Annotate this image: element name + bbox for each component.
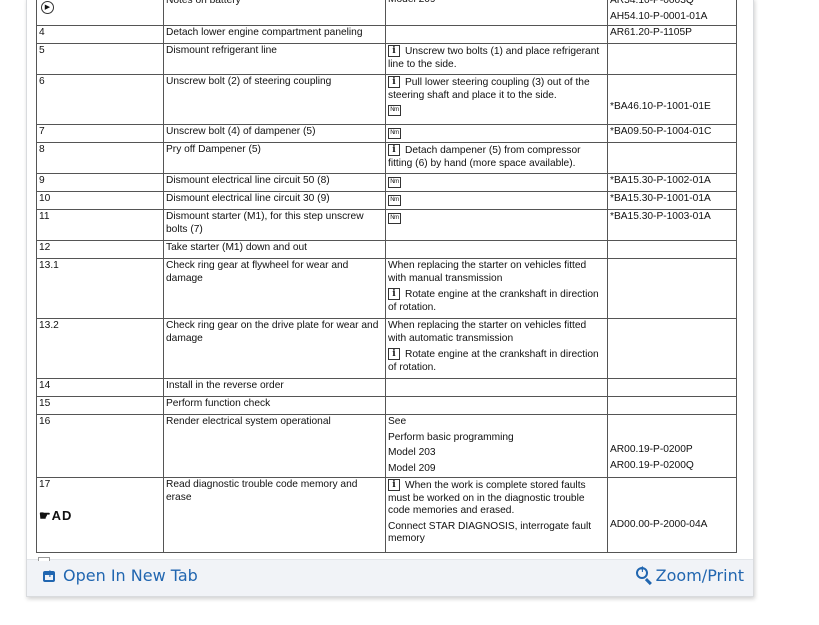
reference-cell [608, 397, 737, 415]
info-line[interactable]: See [388, 416, 605, 429]
table-row: 8Pry off Dampener (5)iDetach dampener (5… [37, 143, 737, 174]
table-row: 6Unscrew bolt (2) of steering couplingiP… [37, 75, 737, 125]
info-cell [386, 397, 608, 415]
reference-cell [608, 241, 737, 259]
info-icon[interactable]: i [388, 479, 400, 491]
zoom-in-icon [636, 567, 648, 579]
step-number-cell: 10 [37, 192, 164, 210]
zoom-print-button[interactable]: Zoom/Print [636, 566, 744, 585]
reference-cell: AD00.00-P-2000-04A [608, 478, 737, 553]
step-number-cell: 7 [37, 125, 164, 143]
info-cell: Model 209 [386, 0, 608, 26]
reference-cell: AR61.20-P-1105P [608, 26, 737, 44]
info-cell [386, 26, 608, 44]
step-number-cell: ▶ [37, 0, 164, 26]
reference-cell: *BA15.30-P-1001-01A [608, 192, 737, 210]
info-note-text: Rotate engine at the crankshaft in direc… [388, 349, 599, 373]
torque-nm-icon[interactable]: Nm [388, 105, 401, 116]
info-cell: When replacing the starter on vehicles f… [386, 319, 608, 379]
action-text: Render electrical system operational [166, 416, 331, 427]
action-text: Dismount electrical line circuit 50 (8) [166, 175, 330, 186]
reference-cell: *BA46.10-P-1001-01E [608, 75, 737, 125]
reference-link[interactable]: *BA09.50-P-1004-01C [610, 126, 734, 139]
info-note: iPull lower steering coupling (3) out of… [388, 76, 605, 102]
step-number: 10 [39, 193, 50, 204]
action-text: Unscrew bolt (4) of dampener (5) [166, 126, 315, 137]
info-cell: Nm [386, 174, 608, 192]
step-number: 7 [39, 126, 45, 137]
torque-nm-icon[interactable]: Nm [388, 213, 401, 224]
step-number-cell: 4 [37, 26, 164, 44]
reference-cell [608, 143, 737, 174]
action-text: Install in the reverse order [166, 380, 284, 391]
reference-cell: *BA15.30-P-1002-01A [608, 174, 737, 192]
step-number: 14 [39, 380, 50, 391]
document-page: ▶Notes on batteryModel 209AR54.10-P-0003… [36, 0, 736, 553]
ad-pointer-icon[interactable]: ☛AD [39, 510, 161, 523]
reference-link[interactable]: *BA46.10-P-1001-01E [610, 101, 734, 114]
step-number-cell: 13.2 [37, 319, 164, 379]
reference-link[interactable]: *BA15.30-P-1003-01A [610, 211, 734, 224]
table-row: 12Take starter (M1) down and out [37, 241, 737, 259]
procedure-table: ▶Notes on batteryModel 209AR54.10-P-0003… [36, 0, 737, 553]
action-cell: Render electrical system operational [164, 415, 386, 478]
viewer-footer: Open In New Tab Zoom/Print [27, 559, 753, 597]
info-cell: iUnscrew two bolts (1) and place refrige… [386, 44, 608, 75]
action-text: Unscrew bolt (2) of steering coupling [166, 76, 331, 87]
torque-nm-icon[interactable]: Nm [388, 177, 401, 188]
step-number-cell: 13.1 [37, 259, 164, 319]
step-number-cell: 15 [37, 397, 164, 415]
info-icon[interactable]: i [388, 288, 400, 300]
info-icon[interactable]: i [388, 76, 400, 88]
info-icon[interactable]: i [388, 45, 400, 57]
step-number-cell: 12 [37, 241, 164, 259]
info-note: iUnscrew two bolts (1) and place refrige… [388, 45, 605, 71]
info-line[interactable]: Model 209 [388, 463, 605, 476]
action-text: Check ring gear at flywheel for wear and… [166, 260, 348, 284]
table-row: 15Perform function check [37, 397, 737, 415]
info-icon[interactable]: i [388, 144, 400, 156]
step-number-cell: 5 [37, 44, 164, 75]
reference-cell [608, 44, 737, 75]
open-new-tab-icon [43, 571, 55, 582]
torque-nm-icon[interactable]: Nm [388, 195, 401, 206]
page-stub [38, 557, 50, 561]
reference-cell: *BA15.30-P-1003-01A [608, 210, 737, 241]
action-text: Dismount electrical line circuit 30 (9) [166, 193, 330, 204]
info-line[interactable]: Model 209 [388, 0, 605, 7]
reference-cell [608, 319, 737, 379]
action-cell: Install in the reverse order [164, 379, 386, 397]
reference-cell: AR54.10-P-0003QAH54.10-P-0001-01A [608, 0, 737, 26]
info-line: When replacing the starter on vehicles f… [388, 320, 605, 345]
zoom-print-label: Zoom/Print [656, 566, 744, 585]
action-text: Notes on battery [166, 0, 241, 6]
action-cell: Dismount electrical line circuit 50 (8) [164, 174, 386, 192]
action-cell: Dismount starter (M1), for this step uns… [164, 210, 386, 241]
step-number: 15 [39, 398, 50, 409]
info-note-text: Rotate engine at the crankshaft in direc… [388, 289, 599, 313]
action-cell: Read diagnostic trouble code memory and … [164, 478, 386, 553]
table-row: 13.1Check ring gear at flywheel for wear… [37, 259, 737, 319]
info-note: iWhen the work is complete stored faults… [388, 479, 605, 518]
notes-icon[interactable]: ▶ [41, 1, 54, 14]
step-number: 13.1 [39, 260, 59, 271]
action-text: Read diagnostic trouble code memory and … [166, 479, 357, 503]
info-note: iDetach dampener (5) from compressor fit… [388, 144, 605, 170]
action-text: Perform function check [166, 398, 270, 409]
table-row: 17☛ADRead diagnostic trouble code memory… [37, 478, 737, 553]
step-number: 13.2 [39, 320, 59, 331]
table-row: 16Render electrical system operationalSe… [37, 415, 737, 478]
step-number: 16 [39, 416, 50, 427]
reference-cell [608, 379, 737, 397]
reference-link[interactable]: *BA15.30-P-1001-01A [610, 193, 734, 206]
reference-link[interactable]: AR61.20-P-1105P [610, 27, 734, 40]
reference-cell: *BA09.50-P-1004-01C [608, 125, 737, 143]
info-line: When replacing the starter on vehicles f… [388, 260, 605, 285]
table-row: 7Unscrew bolt (4) of dampener (5)Nm*BA09… [37, 125, 737, 143]
info-cell [386, 241, 608, 259]
info-line[interactable]: Model 203 [388, 447, 605, 460]
action-cell: Check ring gear at flywheel for wear and… [164, 259, 386, 319]
reference-link[interactable]: *BA15.30-P-1002-01A [610, 175, 734, 188]
step-number: 6 [39, 76, 45, 87]
info-note-text: Pull lower steering coupling (3) out of … [388, 77, 590, 101]
action-text: Detach lower engine compartment paneling [166, 27, 363, 38]
info-cell: Nm [386, 125, 608, 143]
action-cell: Take starter (M1) down and out [164, 241, 386, 259]
action-text: Dismount refrigerant line [166, 45, 277, 56]
info-note-text: When the work is complete stored faults … [388, 480, 586, 516]
step-number: 12 [39, 242, 50, 253]
reference-link[interactable]: AD00.00-P-2000-04A [610, 519, 734, 532]
step-number: 4 [39, 27, 45, 38]
step-number: 17 [39, 479, 50, 490]
open-in-new-tab-label: Open In New Tab [63, 566, 198, 585]
table-row: 5Dismount refrigerant lineiUnscrew two b… [37, 44, 737, 75]
info-cell [386, 379, 608, 397]
step-number: 5 [39, 45, 45, 56]
table-row: 11Dismount starter (M1), for this step u… [37, 210, 737, 241]
info-cell: iWhen the work is complete stored faults… [386, 478, 608, 553]
info-cell: Nm [386, 192, 608, 210]
step-number: 8 [39, 144, 45, 155]
info-extra: Connect STAR DIAGNOSIS, interrogate faul… [388, 521, 605, 546]
table-row: 13.2Check ring gear on the drive plate f… [37, 319, 737, 379]
step-number: 9 [39, 175, 45, 186]
action-cell: Detach lower engine compartment paneling [164, 26, 386, 44]
action-text: Pry off Dampener (5) [166, 144, 261, 155]
torque-nm-icon[interactable]: Nm [388, 128, 401, 139]
step-number-cell: 8 [37, 143, 164, 174]
info-cell: When replacing the starter on vehicles f… [386, 259, 608, 319]
open-in-new-tab-button[interactable]: Open In New Tab [43, 566, 198, 585]
step-number-cell: 16 [37, 415, 164, 478]
step-number-cell: 17☛AD [37, 478, 164, 553]
action-cell: Unscrew bolt (4) of dampener (5) [164, 125, 386, 143]
reference-cell: AR00.19-P-0200PAR00.19-P-0200Q [608, 415, 737, 478]
info-cell: iDetach dampener (5) from compressor fit… [386, 143, 608, 174]
info-note: iRotate engine at the crankshaft in dire… [388, 348, 605, 374]
table-row: 9Dismount electrical line circuit 50 (8)… [37, 174, 737, 192]
action-text: Dismount starter (M1), for this step uns… [166, 211, 364, 235]
action-cell: Dismount electrical line circuit 30 (9) [164, 192, 386, 210]
info-icon[interactable]: i [388, 348, 400, 360]
step-number-cell: 6 [37, 75, 164, 125]
action-cell: Perform function check [164, 397, 386, 415]
table-row: ▶Notes on batteryModel 209AR54.10-P-0003… [37, 0, 737, 26]
table-row: 14Install in the reverse order [37, 379, 737, 397]
reference-link[interactable]: AR00.19-P-0200P [610, 444, 734, 457]
info-note-text: Unscrew two bolts (1) and place refriger… [388, 46, 599, 70]
reference-cell [608, 259, 737, 319]
info-cell: Nm [386, 210, 608, 241]
step-number-cell: 14 [37, 379, 164, 397]
info-line[interactable]: Perform basic programming [388, 432, 605, 445]
reference-link[interactable]: AR54.10-P-0003Q [610, 0, 734, 8]
action-cell: Unscrew bolt (2) of steering coupling [164, 75, 386, 125]
action-text: Take starter (M1) down and out [166, 242, 307, 253]
table-row: 10Dismount electrical line circuit 30 (9… [37, 192, 737, 210]
step-number: 11 [39, 211, 50, 222]
action-cell: Pry off Dampener (5) [164, 143, 386, 174]
action-cell: Dismount refrigerant line [164, 44, 386, 75]
info-cell: SeePerform basic programmingModel 203Mod… [386, 415, 608, 478]
step-number-cell: 9 [37, 174, 164, 192]
info-note-text: Detach dampener (5) from compressor fitt… [388, 145, 581, 169]
action-text: Check ring gear on the drive plate for w… [166, 320, 378, 344]
step-number-cell: 11 [37, 210, 164, 241]
document-viewer-card: ▶Notes on batteryModel 209AR54.10-P-0003… [26, 0, 754, 597]
info-cell: iPull lower steering coupling (3) out of… [386, 75, 608, 125]
info-note: iRotate engine at the crankshaft in dire… [388, 288, 605, 314]
action-cell: Notes on battery [164, 0, 386, 26]
table-row: 4Detach lower engine compartment panelin… [37, 26, 737, 44]
reference-link[interactable]: AH54.10-P-0001-01A [610, 11, 734, 24]
reference-link[interactable]: AR00.19-P-0200Q [610, 460, 734, 473]
action-cell: Check ring gear on the drive plate for w… [164, 319, 386, 379]
